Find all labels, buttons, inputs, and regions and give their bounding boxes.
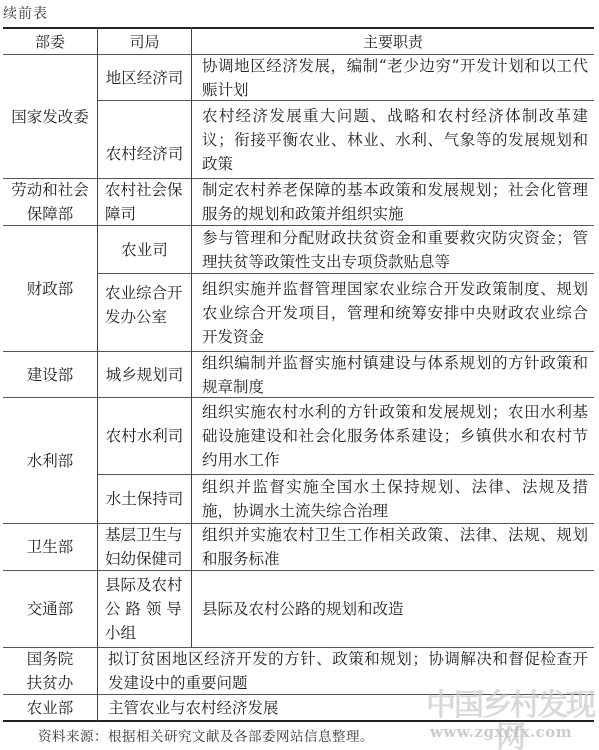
source-note: 资料来源：根据相关研究文献及各部委网站信息整理。 xyxy=(38,725,374,745)
bureau-name: 小组 xyxy=(105,621,136,645)
dept-cell: 财政部 xyxy=(3,226,97,351)
bureau-name: 农村社会保 xyxy=(105,178,183,202)
dept-name: 财政部 xyxy=(27,277,74,301)
duty-text: 制定农村养老保障的基本政策和发展规划；社会化管理服务的规划和政策并组织实施 xyxy=(202,178,588,226)
duty-text: 协调地区经济发展，编制“老少边穷”开发计划和以工代赈计划 xyxy=(202,54,588,102)
bureau-name: 地区经济司 xyxy=(106,66,184,90)
dept-cell: 卫生部 xyxy=(3,524,97,570)
duty-text: 主管农业与农村经济发展 xyxy=(108,696,279,720)
dept-name: 保障部 xyxy=(27,202,74,226)
duty-text: 组织编制并监督实施村镇建设与体系规划的方针政策和规章制度 xyxy=(202,351,588,399)
bureau-name: 城乡规划司 xyxy=(106,363,184,387)
bureau-name: 农村经济司 xyxy=(106,142,184,166)
duty-text: 组织并实施农村卫生工作相关政策、法律、法规、规划和服务标准 xyxy=(202,523,588,571)
dept-name: 建设部 xyxy=(27,363,74,387)
dept-name: 国务院 xyxy=(27,647,74,671)
dept-cell: 国家发改委 xyxy=(3,55,97,178)
duty-text: 参与管理和分配财政扶贫资金和重要救灾防灾资金；管理扶贫等政策性支出专项贷款贴息等 xyxy=(202,226,588,274)
duty-cell: 参与管理和分配财政扶贫资金和重要救灾防灾资金；管理扶贫等政策性支出专项贷款贴息等 xyxy=(192,226,594,273)
dept-cell: 国务院扶贫办 xyxy=(3,648,97,694)
duty-cell: 农村经济发展重大问题、战略和农村经济体制改革建议；衔接平衡农业、林业、水利、气象… xyxy=(192,101,594,178)
dept-name: 劳动和社会 xyxy=(11,178,89,202)
duty-cell: 组织实施并监督管理国家农业综合开发政策制度、规划农业综合开发项目，管理和统筹安排… xyxy=(192,274,594,351)
dept-cell: 交通部 xyxy=(3,571,97,647)
bureau-cell: 农业综合开发办公室 xyxy=(98,274,191,351)
duty-cell: 组织并实施农村卫生工作相关政策、法律、法规、规划和服务标准 xyxy=(192,524,594,570)
bureau-cell: 农村水利司 xyxy=(98,398,191,474)
dept-name: 农业部 xyxy=(27,696,74,720)
dept-cell: 农业部 xyxy=(3,695,97,720)
dept-name: 交通部 xyxy=(27,597,74,621)
bureau-name: 农村水利司 xyxy=(106,424,184,448)
bureau-name: 公 路 领 导 xyxy=(105,597,182,621)
bureau-cell: 地区经济司 xyxy=(98,55,191,100)
watermark-url: www.zgxcfx.com xyxy=(430,723,572,741)
duty-text: 农村经济发展重大问题、战略和农村经济体制改革建议；衔接平衡农业、林业、水利、气象… xyxy=(202,104,588,176)
duty-text: 县际及农村公路的规划和改造 xyxy=(202,597,404,621)
bureau-cell: 城乡规划司 xyxy=(98,352,191,397)
dept-name: 卫生部 xyxy=(27,535,74,559)
header-duty: 主要职责 xyxy=(192,29,594,54)
bureau-name: 农业综合开 xyxy=(105,281,183,305)
bureau-name: 水土保持司 xyxy=(106,487,184,511)
header-bureau: 司局 xyxy=(98,29,191,54)
bureau-name: 妇幼保健司 xyxy=(105,547,183,571)
duty-cell: 制定农村养老保障的基本政策和发展规划；社会化管理服务的规划和政策并组织实施 xyxy=(192,179,594,225)
header-dept: 部委 xyxy=(3,29,97,54)
duty-text: 组织实施并监督管理国家农业综合开发政策制度、规划农业综合开发项目，管理和统筹安排… xyxy=(202,277,588,349)
dept-cell: 建设部 xyxy=(3,352,97,397)
duty-text: 组织实施农村水利的方针政策和发展规划；农田水利基础设施建设和社会化服务体系建设；… xyxy=(202,400,588,472)
duty-text: 组织并监督实施全国水土保持规划、法律、法规及措施，协调水土流失综合治理 xyxy=(202,475,588,523)
ministry-duties-table: 部委 司局 主要职责 国家发改委 劳动和社会保障部 财政部 建设部 水利部 卫生… xyxy=(3,27,594,722)
duty-cell: 县际及农村公路的规划和改造 xyxy=(192,571,594,647)
bureau-cell: 农村经济司 xyxy=(98,101,191,178)
bureau-name: 障司 xyxy=(105,202,136,226)
bureau-cell: 农村社会保障司 xyxy=(98,179,191,225)
duty-cell: 协调地区经济发展，编制“老少边穷”开发计划和以工代赈计划 xyxy=(192,55,594,100)
dept-name: 国家发改委 xyxy=(11,105,89,129)
bureau-name: 发办公室 xyxy=(105,305,167,329)
duty-cell: 组织并监督实施全国水土保持规划、法律、法规及措施，协调水土流失综合治理 xyxy=(192,475,594,523)
bureau-cell: 水土保持司 xyxy=(98,475,191,523)
bureau-name: 农业司 xyxy=(121,238,168,262)
table-caption: 续前表 xyxy=(3,3,48,23)
bureau-cell: 县际及农村公 路 领 导小组 xyxy=(98,571,191,647)
duty-cell: 组织实施农村水利的方针政策和发展规划；农田水利基础设施建设和社会化服务体系建设；… xyxy=(192,398,594,474)
dept-name: 水利部 xyxy=(27,449,74,473)
watermark-logo: 中国乡村发现网 xyxy=(420,690,599,750)
dept-cell: 劳动和社会保障部 xyxy=(3,179,97,225)
bureau-cell: 基层卫生与妇幼保健司 xyxy=(98,524,191,570)
bureau-cell: 农业司 xyxy=(98,226,191,273)
bureau-name: 县际及农村 xyxy=(105,573,183,597)
duty-cell: 组织编制并监督实施村镇建设与体系规划的方针政策和规章制度 xyxy=(192,352,594,397)
bureau-name: 基层卫生与 xyxy=(105,523,183,547)
dept-name: 扶贫办 xyxy=(27,671,74,695)
dept-cell: 水利部 xyxy=(3,398,97,523)
